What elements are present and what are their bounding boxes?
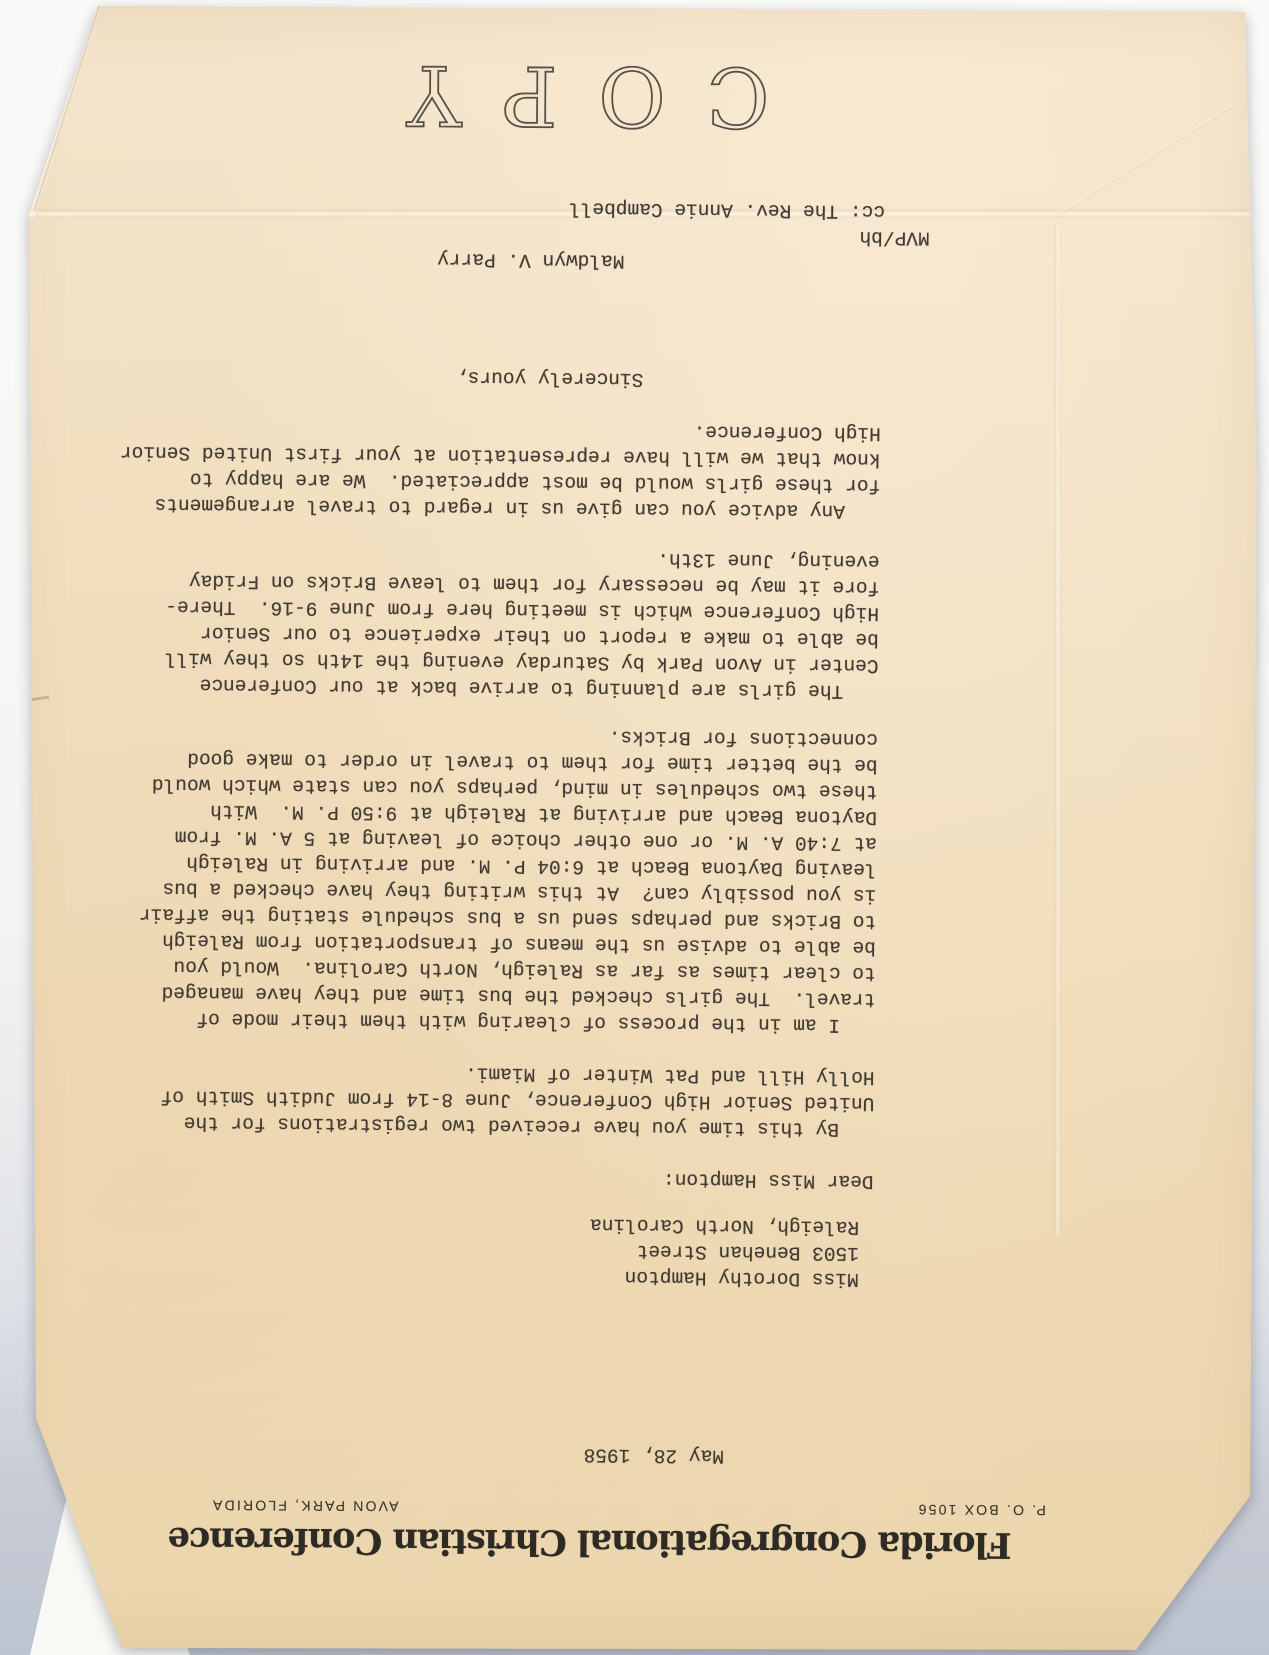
body-paragraph-2: I am in the process of clearing with the… (0, 718, 878, 1038)
letterhead-subline: P. O. BOX 1056 AVON PARK, FLORIDA (211, 1495, 1046, 1518)
letterhead-location: AVON PARK, FLORIDA (211, 1495, 399, 1514)
date-line: May 28, 1958 (0, 1436, 724, 1469)
body-paragraph-4: Any advice you can give us in regard to … (3, 412, 881, 524)
letter-content-rotated: Florida Congregational Christian Confere… (0, 0, 1269, 1655)
copy-stamp: COPY (4, 46, 770, 141)
letterhead-title: Florida Congregational Christian Confere… (46, 1519, 1135, 1564)
signature-name: Maldwyn V. Parry (5, 242, 624, 274)
letterhead-po-box: P. O. BOX 1056 (916, 1500, 1045, 1519)
letter-page: Florida Congregational Christian Confere… (0, 0, 1269, 1655)
body-paragraph-3: The girls are planning to arrive back at… (1, 540, 879, 704)
recipient-address: Miss Dorothy Hampton 1503 Benehan Street… (0, 1206, 859, 1292)
paper-wrap: Florida Congregational Christian Confere… (0, 0, 1269, 1655)
letterhead: Florida Congregational Christian Confere… (0, 1494, 1265, 1565)
closing-line: Sincerely yours, (4, 360, 643, 392)
salutation: Dear Miss Hampton: (0, 1160, 874, 1194)
scanned-letter-canvas: Florida Congregational Christian Confere… (0, 0, 1269, 1655)
typed-letter-text: May 28, 1958 Miss Dorothy Hampton 1503 B… (0, 190, 1269, 1474)
body-paragraph-1: By this time you have received two regis… (0, 1056, 875, 1142)
